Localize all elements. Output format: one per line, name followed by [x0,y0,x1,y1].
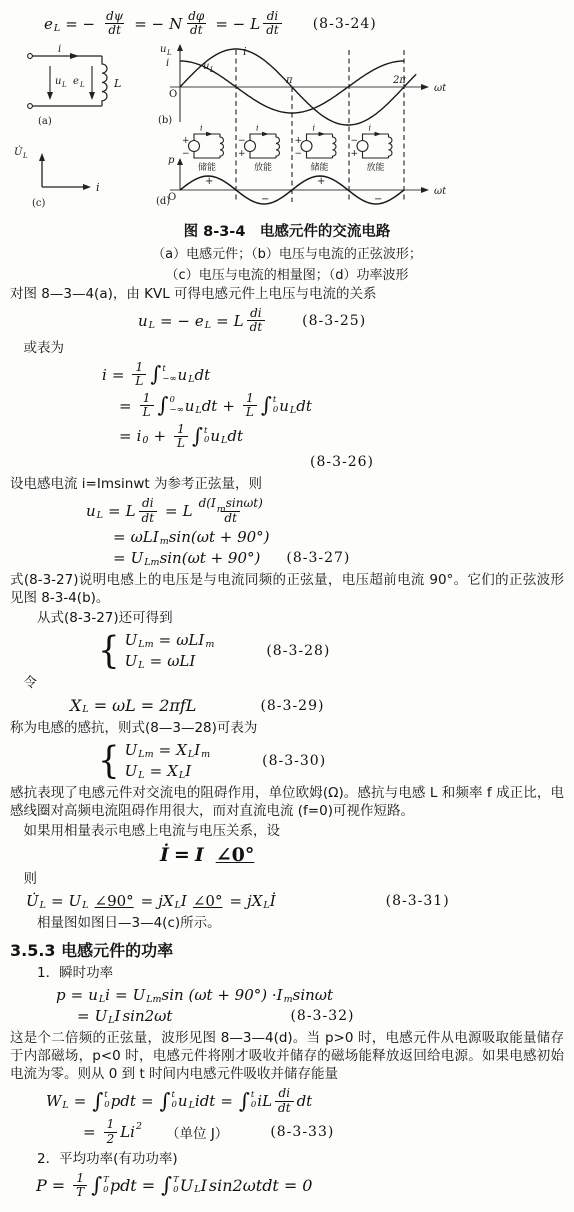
subfigure-d-label: (d) [156,196,170,207]
mini-current-arrow [319,132,326,136]
paragraph-phasor-figure: 相量图如图日—3—4(c)所示。 [10,914,564,932]
equation-8-3-25: uL= −eL=Ldidt(8-3-25) [10,307,564,335]
power-plus-1: + [205,176,213,187]
subfigure-b-label: (b) [158,115,172,126]
energy-label: 储能 [198,161,216,173]
mini-coil [389,134,392,158]
mini-current-label: i [313,123,316,132]
mini-coil [220,134,223,158]
equation-8-3-30: {ULm=XLImUL=XLI(8-3-30) [10,741,564,780]
axis-label-u-sub: L [166,49,172,57]
paragraph-assume: 设电感电流 i=Imsinwt 为参考正弦量，则 [10,475,564,493]
phasor-voltage-label: U̇ [14,146,23,158]
mini-current-arrow [206,132,213,136]
figure-caption-title: 图 8-3-4 电感元件的交流电路 [10,220,564,241]
mini-source [245,140,256,151]
subfigure-c-label: (c) [32,198,46,209]
equation-8-3-28: {ULm=ωLImUL=ωLI(8-3-28) [10,631,564,670]
mini-current-label: i [256,123,259,132]
mini-polarity-top: − [238,136,246,146]
mini-coil [333,134,337,158]
paragraph-or: 或表为 [10,339,564,357]
figure-8-3-4: i L u L e L (a) u L [10,42,564,283]
equation-8-3-24: eL= −dψdt= −Ndφdt= −Ldidt(8-3-24) [10,10,564,38]
phasor-voltage-arrow [39,153,45,161]
energy-mini-circuits: i+−储能i−+放能i+−储能i−+放能 [182,123,392,173]
mini-polarity-top: − [351,136,359,146]
paragraph-reactance: 感抗表现了电感元件对交流电的阻碍作用，单位欧姆(Ω)。感抗与电感 L 和频率 f… [10,784,564,820]
equation-8-3-31: U̇L=UL∠90°=jXLI∠0°=jXLİ(8-3-31) [10,892,564,910]
inductor-coil [102,56,107,106]
figure-caption: 图 8-3-4 电感元件的交流电路 （a）电感元件；（b）电压与电流的正弦波形；… [10,220,564,283]
equation-8-3-27: uL=Ldidt=Ld(Imsinωt)dt=ωLImsin(ωt + 90°)… [10,497,564,567]
mini-coil [276,134,279,158]
mini-current-arrow [375,132,382,136]
energy-label: 储能 [310,161,328,173]
mini-polarity-bottom: + [351,149,359,159]
paragraph-kvl: 对图 8—3—4(a)，由 KVL 可得电感元件上电压与电流的关系 [10,285,564,303]
mini-polarity-bottom: + [238,149,246,159]
textbook-page: eL= −dψdt= −Ndφdt= −Ldidt(8-3-24) i L u … [0,0,574,1212]
equation-8-3-29: XL=ωL=2πfL(8-3-29) [10,696,564,715]
emf-label-sub: L [79,81,85,89]
power-minus-1: − [261,194,269,205]
figure-caption-line1: （a）电感元件；（b）电压与电流的正弦波形； [10,243,564,262]
power-minus-2: − [374,194,382,205]
curve-i-label: i [243,45,247,58]
energy-label: 放能 [366,161,384,173]
axis-label-u: u [160,44,166,55]
emf-arrow [89,92,95,100]
subfigure-a-label: (a) [38,116,52,127]
figure-caption-line2: （c）电压与电流的相量图；（d）功率波形 [10,264,564,283]
mini-polarity-top: + [182,136,190,146]
origin-label-b: O [169,89,177,100]
voltage-arrow [47,92,53,100]
current-label: i [58,44,61,55]
paragraph-then: 则 [10,870,564,888]
mini-polarity-top: + [295,136,303,146]
subfigure-a-circuit: i L u L e L (a) [28,44,122,127]
paragraph-explain: 式(8-3-27)说明电感上的电压是与电流同频的正弦量，电压超前电流 90°。它… [10,571,564,607]
section-heading: 3.5.3 电感元件的功率 [10,938,564,961]
inductance-label: L [113,77,121,90]
phasor-current-arrow [83,184,91,190]
paragraph-phasor-intro: 如果用相量表示电感上电流与电压关系，设 [10,822,564,840]
omega-t-label-b: ωt [434,83,447,94]
equation-phasor-current: İ=I∠0° [10,844,564,866]
voltage-label: u [55,76,61,87]
paragraph-called: 称为电感的感抗，则式(8—3—28)可表为 [10,719,564,737]
mini-polarity-bottom: − [295,149,303,159]
omega-t-label-d: ωt [434,186,447,197]
paragraph-from: 从式(8-3-27)还可得到 [10,609,564,627]
mini-polarity-bottom: − [182,149,190,159]
paragraph-double-frequency: 这是个二倍频的正弦量，波形见图 8—3—4(d)。当 p>0 时，电感元件从电源… [10,1029,564,1083]
axis-label-i: i [166,58,169,69]
energy-label: 放能 [254,161,272,173]
phasor-current-label: i [96,181,100,194]
axis-label-p: p [168,155,175,166]
subfigure-c-phasor: U̇ L i (c) [14,146,100,209]
list-item-average-power: 2．平均功率(有功功率) [10,1150,564,1168]
mini-current-label: i [369,123,372,132]
list-item-instant-power: 1．瞬时功率 [10,964,564,982]
equation-8-3-32: p=uLi=ULmsin (ωt + 90°) ·Imsinωt=ULIsin2… [10,986,564,1025]
equation-8-3-33: WL=∫t0pdt=∫t0uLidt=∫t0iLdidtdt=12Li2（单位 … [10,1087,564,1146]
mini-source [189,140,200,151]
power-plus-2: + [317,176,325,187]
voltage-label-sub: L [61,81,67,89]
figure-canvas: i L u L e L (a) u L [10,42,564,214]
emf-label: e [73,76,79,87]
paragraph-let: 令 [10,674,564,692]
equation-8-3-26: i=1L∫t−∞uLdt=1L∫0−∞uLdt+1L∫t0uLdt=i0+1L∫… [10,361,564,472]
mini-source [357,140,368,151]
mini-current-label: i [200,123,203,132]
equation-average-power: P=1T∫T0pdt=∫T0ULIsin2ωtdt=0 [10,1172,564,1200]
mini-current-arrow [262,132,269,136]
current-arrow [70,53,79,59]
mini-source [301,140,312,151]
phasor-voltage-label-sub: L [22,152,28,160]
